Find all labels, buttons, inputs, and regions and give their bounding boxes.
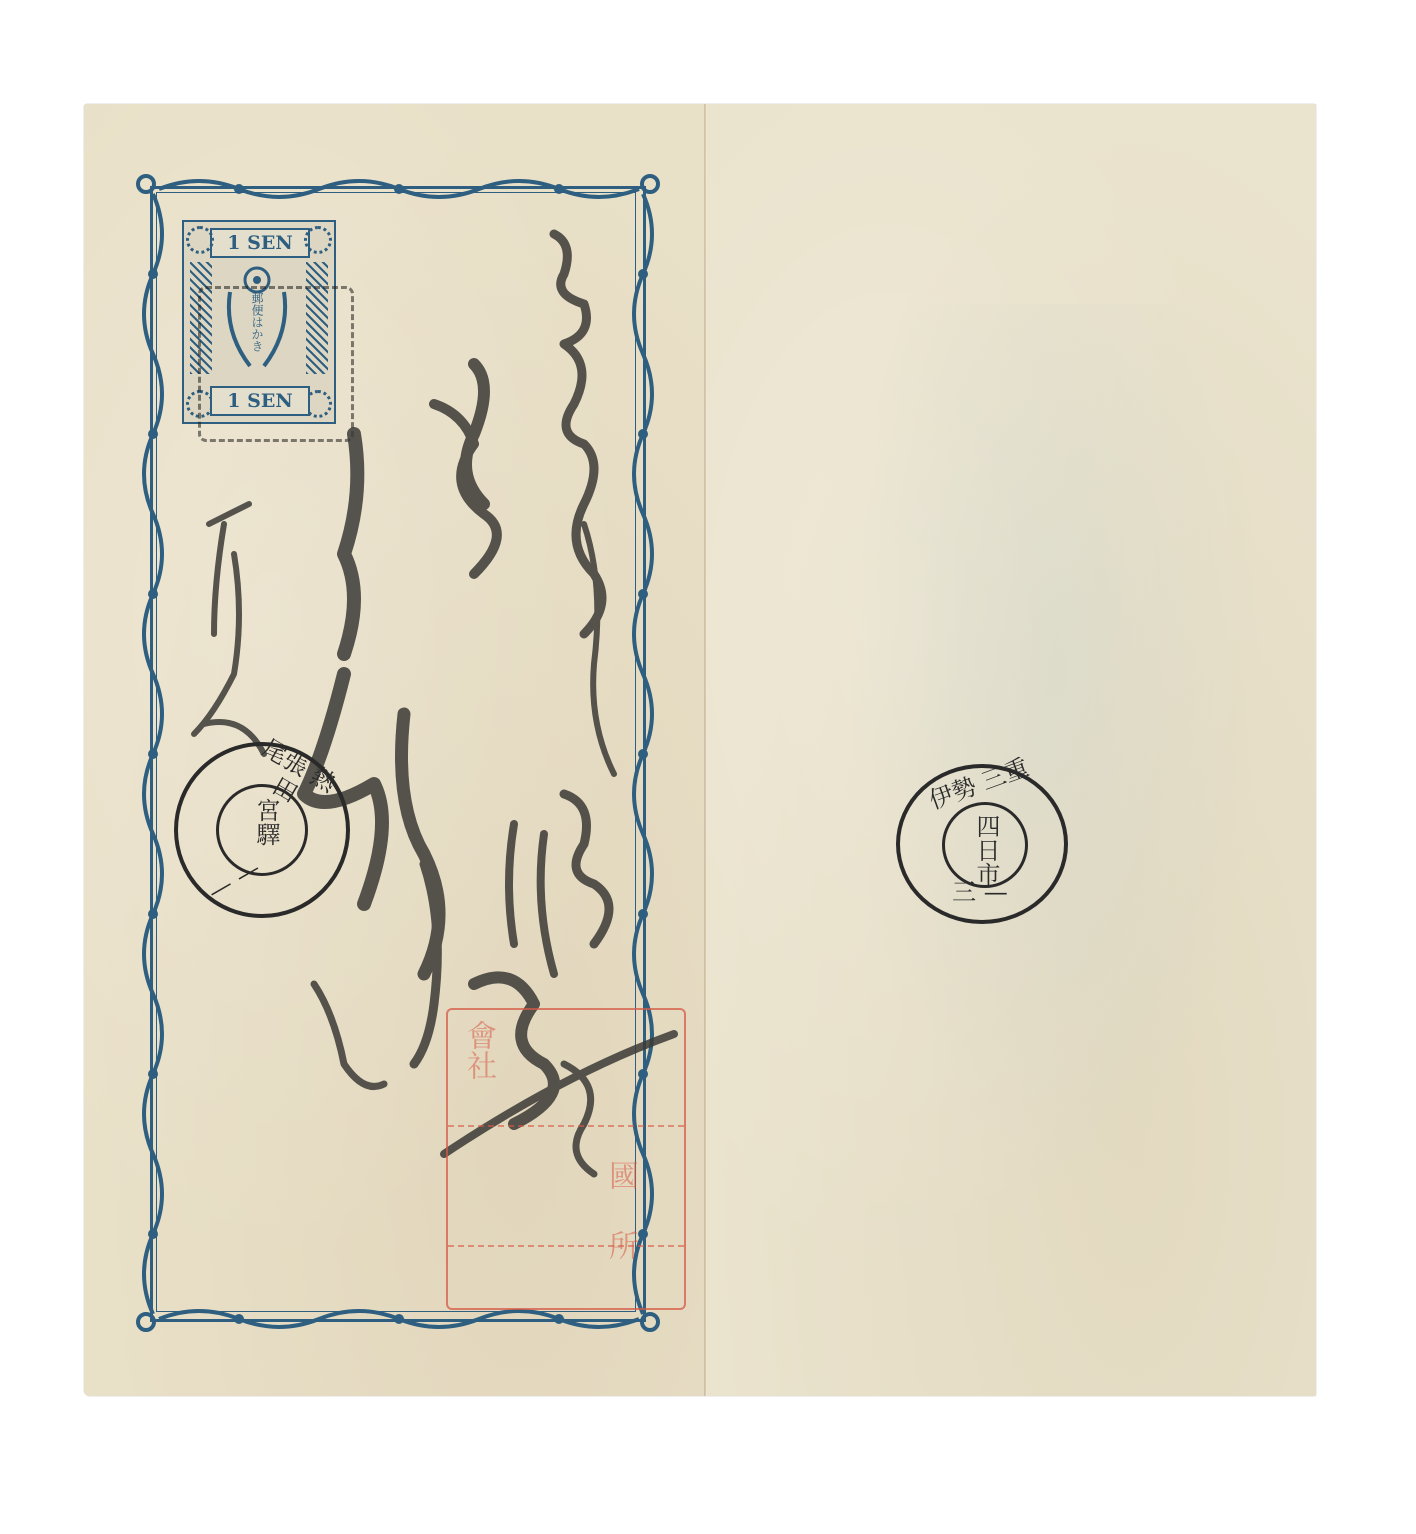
front-postmark-inner-text: 宮驛 [240, 798, 280, 846]
seal-text-col-3: 所 [598, 1230, 642, 1260]
front-postmark: 尾張 熱田 宮驛 — — [174, 742, 350, 918]
seal-divider [448, 1245, 684, 1248]
seal-text-col-2: 國 [598, 1160, 642, 1190]
seal-divider [448, 1125, 684, 1128]
seal-text-col-1: 會社 [456, 1020, 500, 1080]
red-company-seal: 會社 國 所 [446, 1008, 686, 1310]
postal-card: 1 SEN 郵便はかき 1 SEN [84, 104, 1316, 1396]
back-postmark-marks: 三 — [920, 878, 1040, 906]
back-postmark: 伊勢 三重 四日市 三 — [896, 764, 1068, 924]
back-postmark-inner-text: 四日市 [964, 814, 1000, 886]
